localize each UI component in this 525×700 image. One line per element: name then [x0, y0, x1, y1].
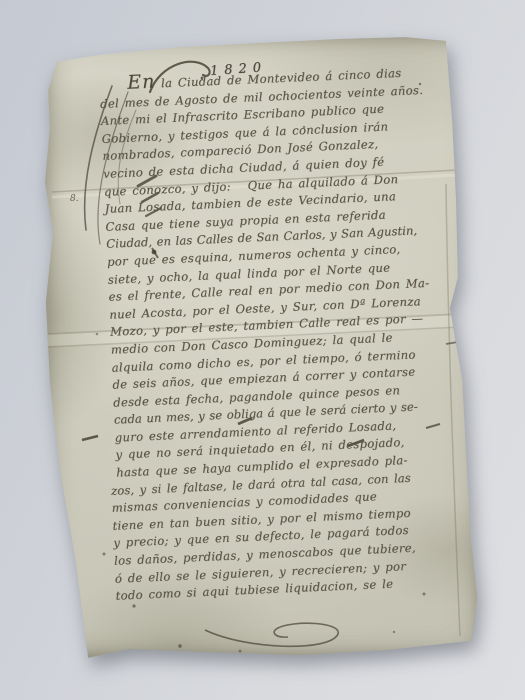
margin-mark: 8. [70, 194, 79, 204]
closing-flourish [205, 623, 338, 646]
photo-background: 1820 8. En la Ciudad de Montevideo á cin… [0, 0, 525, 700]
opening-initial: En [127, 71, 156, 94]
manuscript-text: En la Ciudad de Montevideo á cinco diasd… [99, 62, 484, 605]
manuscript-wrapper: 1820 8. En la Ciudad de Montevideo á cin… [42, 34, 482, 664]
manuscript-page: 1820 8. En la Ciudad de Montevideo á cin… [42, 34, 482, 664]
